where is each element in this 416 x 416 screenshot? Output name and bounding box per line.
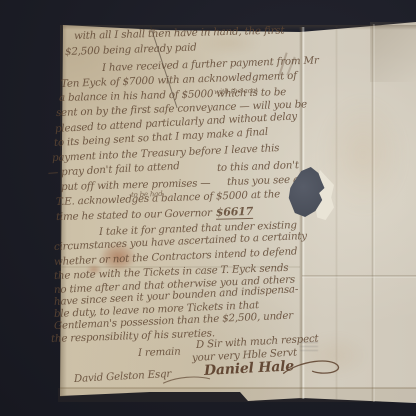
handwriting-layer: with all I shall then have in hand, the …	[0, 0, 416, 416]
handwritten-line-with-amount: time he stated to our Governor$6617	[56, 205, 253, 223]
handwritten-line: time he stated to our Governor	[56, 207, 212, 223]
closing-i-remain: I remain	[138, 346, 181, 359]
underlined-amount: $6617	[216, 205, 254, 220]
signature-flourish	[281, 356, 344, 381]
interline-note: with the acct	[214, 86, 258, 96]
photograph: with all I shall then have in hand, the …	[0, 0, 416, 416]
handwritten-line: with all I shall then have in hand, the …	[74, 24, 285, 42]
handwritten-line: to this and don't	[217, 159, 299, 174]
handwritten-line: $2,500 being already paid	[65, 41, 197, 58]
addressee: David Gelston Esqr	[74, 368, 172, 385]
addressee-flourish	[162, 373, 215, 388]
